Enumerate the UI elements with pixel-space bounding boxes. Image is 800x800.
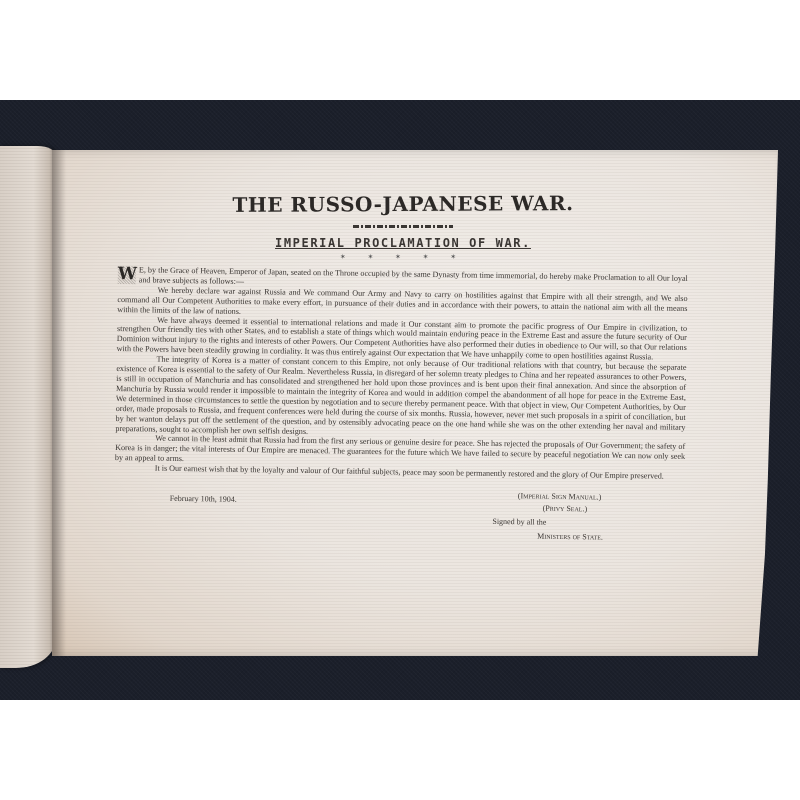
ornament-stars: ✶ ✶ ✶ ✶ ✶ — [118, 253, 688, 261]
signed-by-line: Signed by all the — [492, 517, 546, 527]
book-gutter-shadow — [52, 150, 66, 656]
paragraph-korea: The integrity of Korea is a matter of co… — [115, 354, 686, 442]
document-title: THE RUSSO-JAPANESE WAR. — [118, 191, 688, 218]
paragraph-text: E, by the Grace of Heaven, Emperor of Ja… — [139, 265, 688, 286]
proclamation-body: WE, by the Grace of Heaven, Emperor of J… — [115, 265, 688, 482]
proclamation-document: THE RUSSO-JAPANESE WAR. IMPERIAL PROCLAM… — [118, 192, 688, 541]
left-page-edge — [0, 146, 56, 668]
document-subtitle: IMPERIAL PROCLAMATION OF WAR. — [118, 236, 688, 250]
ministers-of-state: Ministers of State. — [537, 532, 603, 542]
privy-seal: (Privy Seal.) — [543, 504, 588, 514]
imperial-sign-manual: (Imperial Sign Manual.) — [518, 491, 602, 501]
proclamation-date: February 10th, 1904. — [170, 494, 237, 504]
document-footer: February 10th, 1904. (Imperial Sign Manu… — [117, 481, 688, 550]
drop-cap: W — [118, 266, 136, 284]
decorative-rule — [353, 225, 453, 228]
